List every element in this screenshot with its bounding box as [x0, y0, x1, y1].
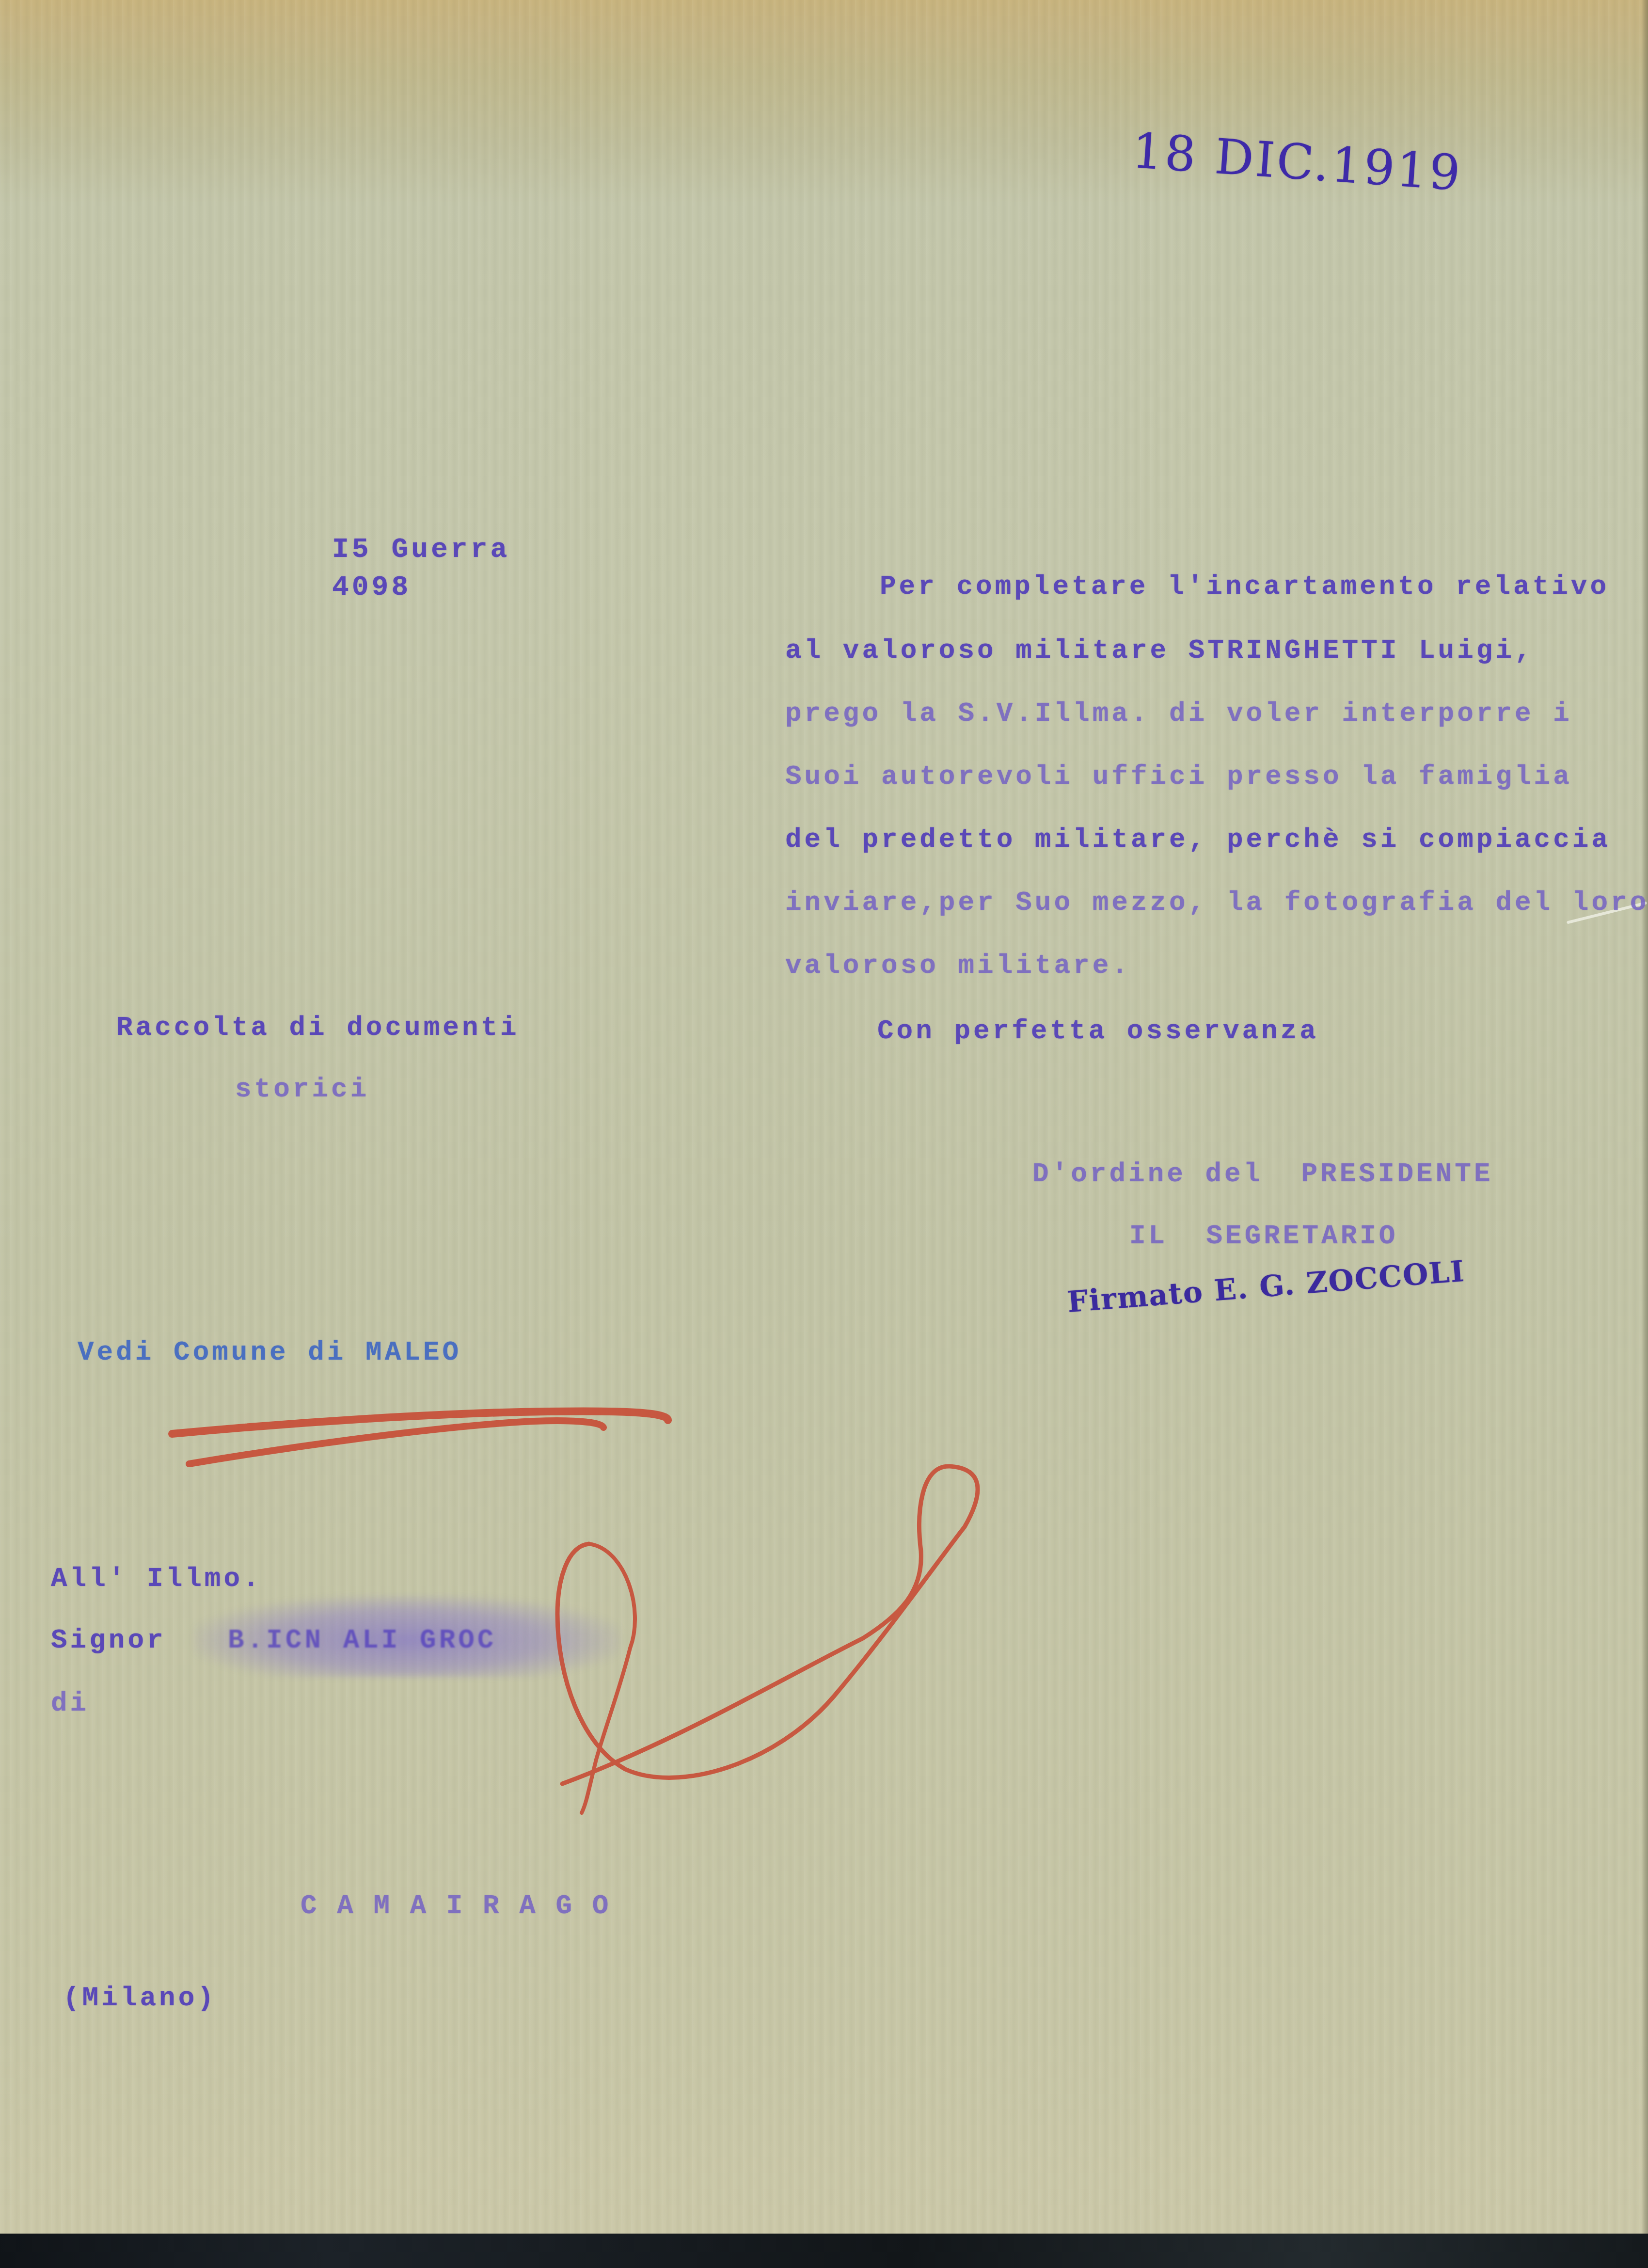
red-crayon-marks [0, 0, 1648, 2268]
red-loop-flourish [557, 1466, 978, 1784]
